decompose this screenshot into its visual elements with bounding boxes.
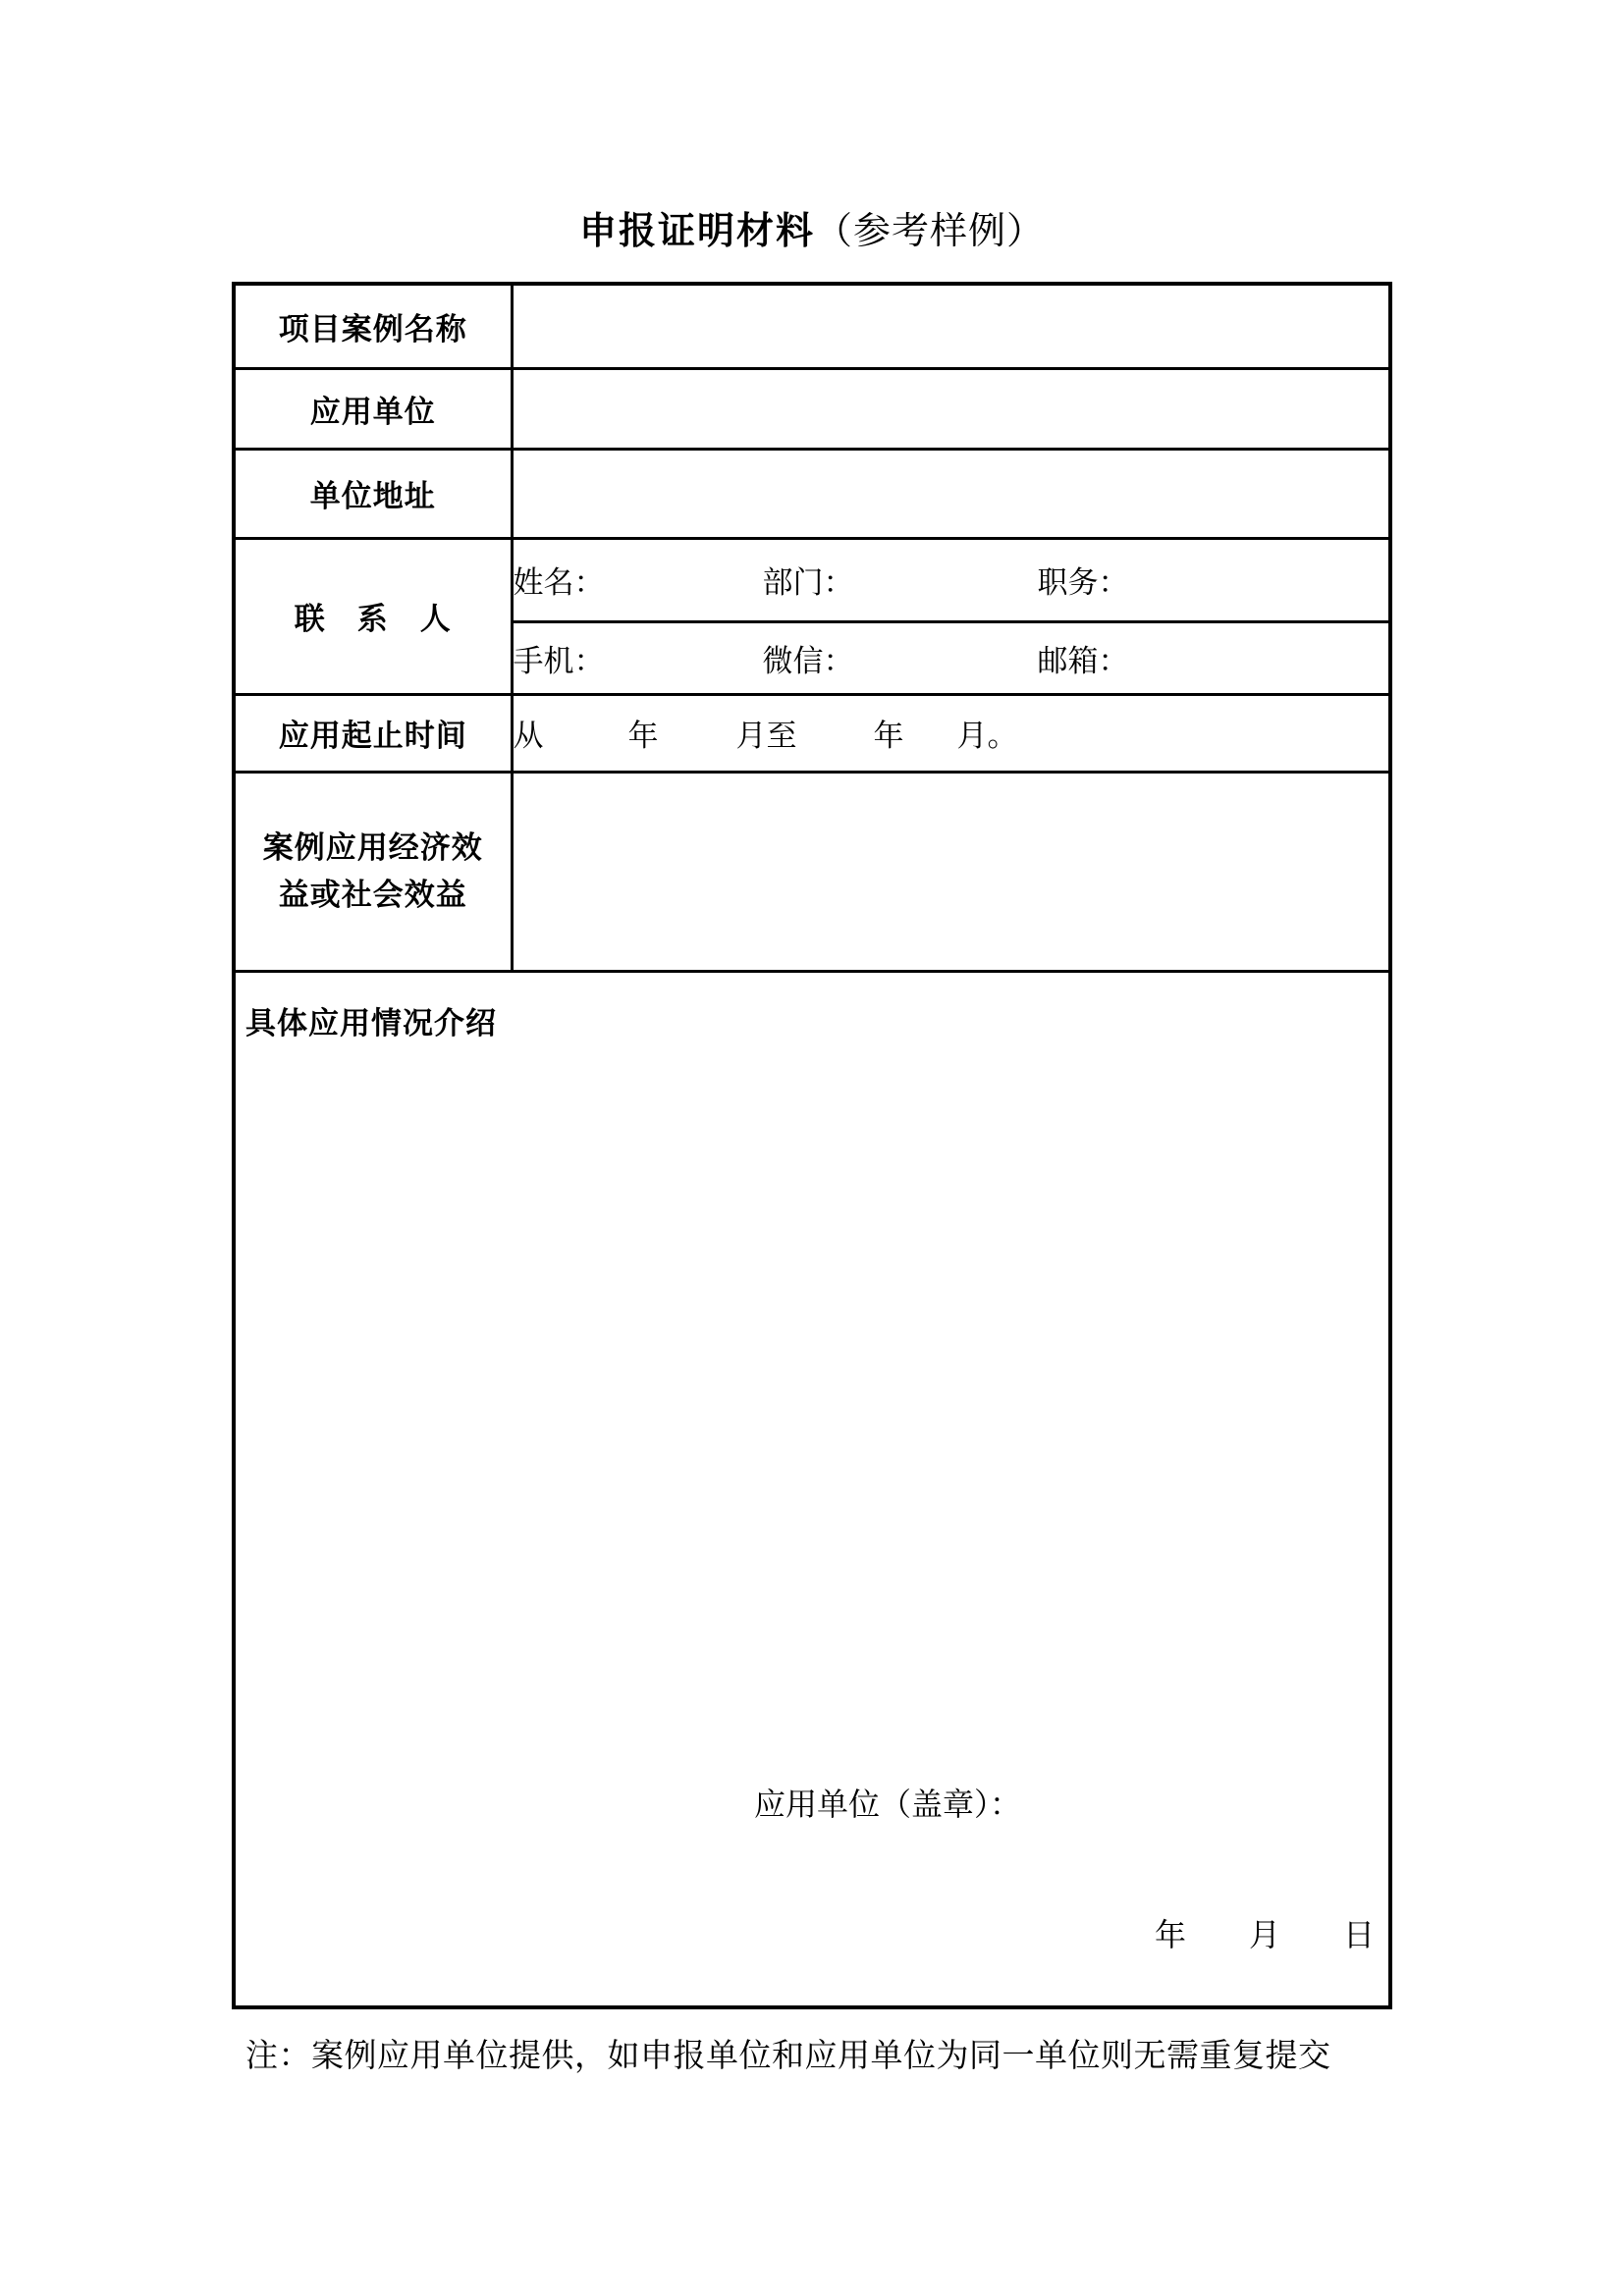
field-contact-name-label: 姓名： xyxy=(514,558,763,602)
page-title: 申报证明材料（参考样例） xyxy=(232,206,1392,257)
row-application-period: 应用起止时间 从年月至年月。 xyxy=(234,694,1390,772)
input-benefit[interactable] xyxy=(512,772,1390,971)
title-suffix-text: （参考样例） xyxy=(815,211,1045,252)
title-main-text: 申报证明材料 xyxy=(579,211,815,252)
input-project-case-name[interactable] xyxy=(512,284,1390,368)
application-form-table: 项目案例名称 应用单位 单位地址 联 系 人 姓名：部门：职务： 手机：微信：邮… xyxy=(232,282,1392,2009)
period-start-month-to-label: 月至 xyxy=(736,711,874,755)
field-contact-wechat-label: 微信： xyxy=(763,636,1038,680)
row-project-case-name: 项目案例名称 xyxy=(234,284,1390,368)
label-detail-intro: 具体应用情况介绍 xyxy=(245,998,497,1042)
detail-section-cell[interactable]: 具体应用情况介绍 应用单位（盖章）： 年 月 日 xyxy=(234,971,1390,2007)
label-application-unit: 应用单位 xyxy=(234,368,512,449)
contact-fields-row-2[interactable]: 手机：微信：邮箱： xyxy=(512,621,1390,694)
label-contact-person: 联 系 人 xyxy=(234,538,512,694)
row-detail-intro: 具体应用情况介绍 应用单位（盖章）： 年 月 日 xyxy=(234,971,1390,2007)
document-page: 申报证明材料（参考样例） 项目案例名称 应用单位 单位地址 联 系 人 姓名：部… xyxy=(0,0,1624,2296)
row-benefit: 案例应用经济效 益或社会效益 xyxy=(234,772,1390,971)
contact-fields-row-1[interactable]: 姓名：部门：职务： xyxy=(512,538,1390,621)
input-application-unit[interactable] xyxy=(512,368,1390,449)
field-contact-position-label: 职务： xyxy=(1038,558,1129,602)
date-line: 年 月 日 xyxy=(1155,1910,1375,1955)
stamp-line: 应用单位（盖章）： xyxy=(754,1780,1021,1825)
row-contact-1: 联 系 人 姓名：部门：职务： xyxy=(234,538,1390,621)
label-application-period: 应用起止时间 xyxy=(234,694,512,772)
footnote: 注：案例应用单位提供，如申报单位和应用单位为同一单位则无需重复提交 xyxy=(245,2030,1331,2076)
label-benefit: 案例应用经济效 益或社会效益 xyxy=(234,772,512,971)
period-end-month-label: 月。 xyxy=(957,711,1018,755)
input-unit-address[interactable] xyxy=(512,449,1390,538)
row-application-unit: 应用单位 xyxy=(234,368,1390,449)
field-contact-mobile-label: 手机： xyxy=(514,636,763,680)
input-application-period[interactable]: 从年月至年月。 xyxy=(512,694,1390,772)
period-end-year-label: 年 xyxy=(874,711,957,755)
row-unit-address: 单位地址 xyxy=(234,449,1390,538)
period-from-label: 从 xyxy=(514,711,628,755)
label-project-case-name: 项目案例名称 xyxy=(234,284,512,368)
field-contact-department-label: 部门： xyxy=(763,558,1038,602)
label-unit-address: 单位地址 xyxy=(234,449,512,538)
period-start-year-label: 年 xyxy=(628,711,736,755)
field-contact-email-label: 邮箱： xyxy=(1038,636,1129,680)
